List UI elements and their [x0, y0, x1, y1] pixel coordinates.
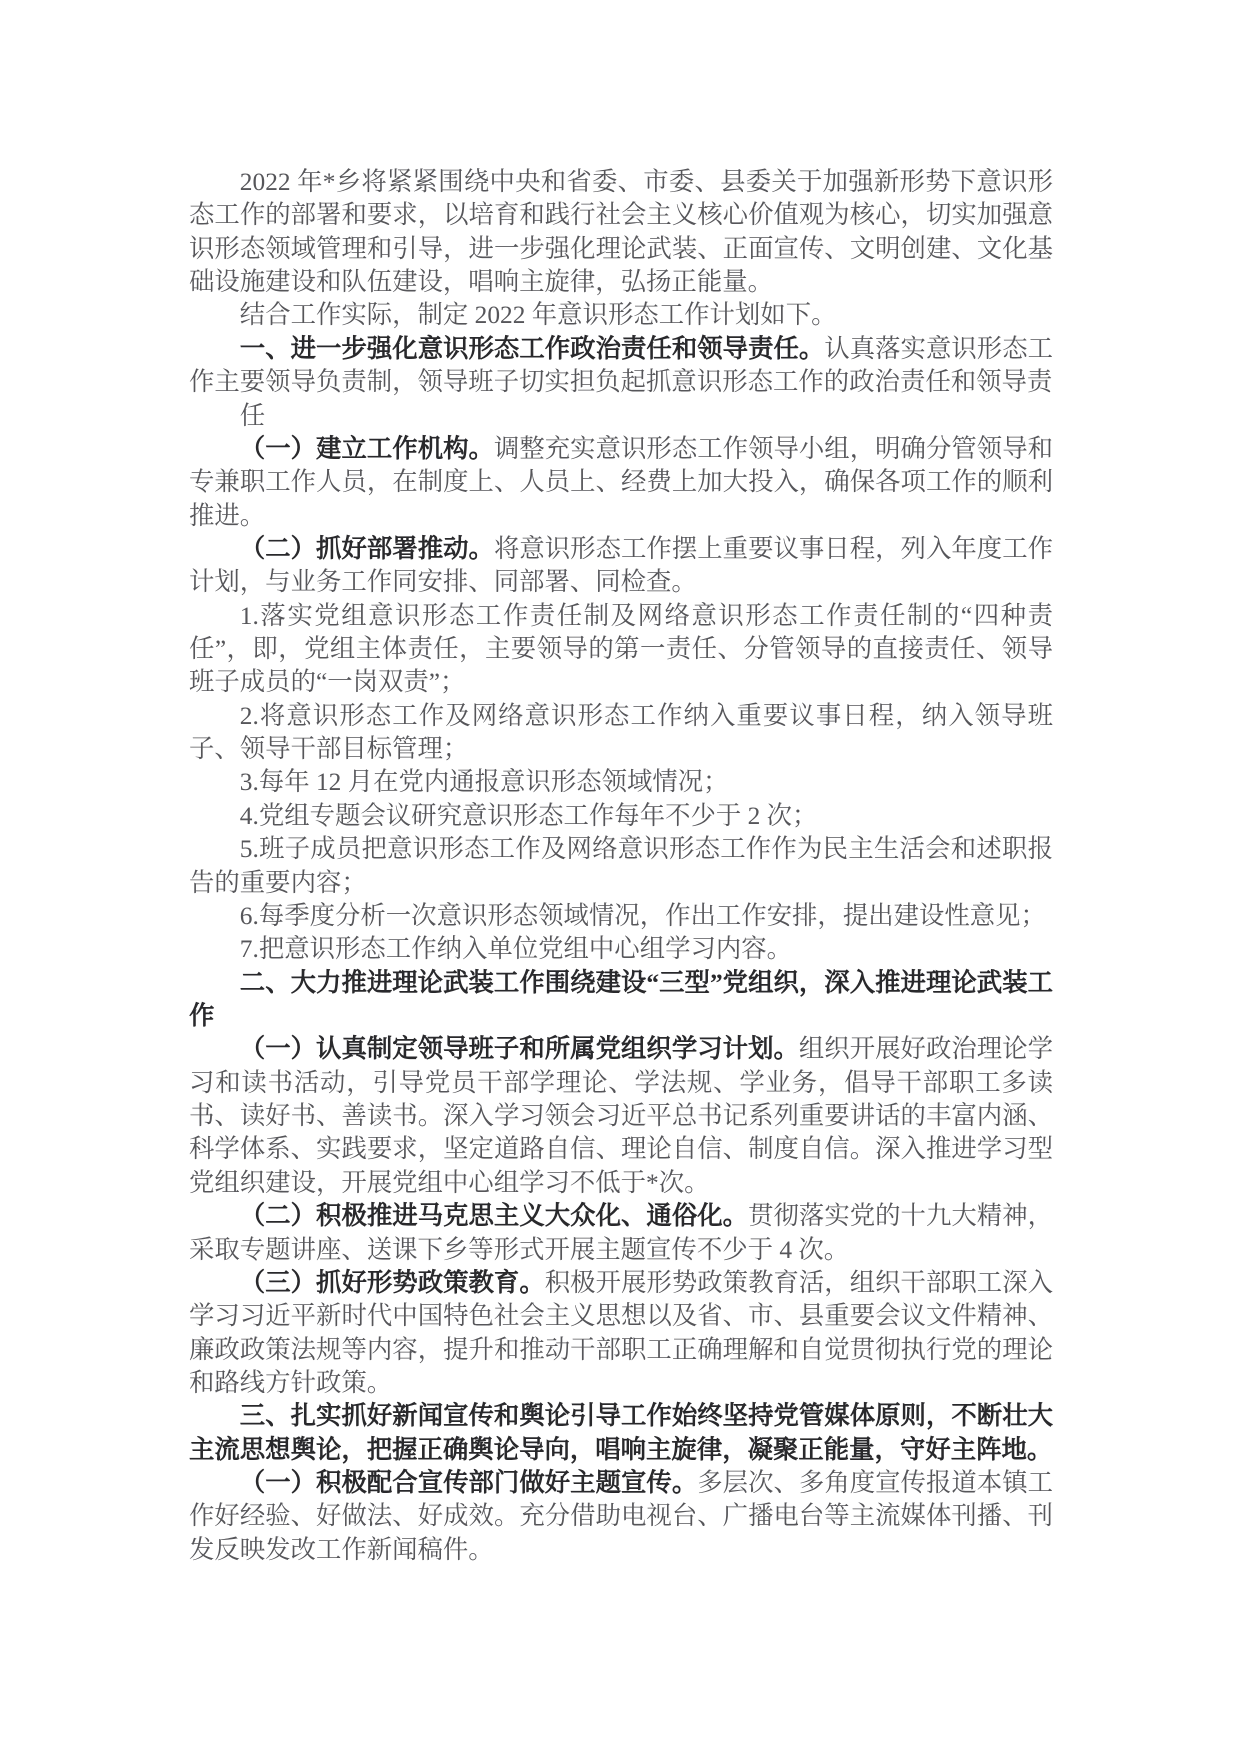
paragraph: 二、大力推进理论武装工作围绕建设“三型”党组织，深入推进理论武装工作 [189, 967, 1053, 1034]
paragraph: 6.每季度分析一次意识形态领域情况，作出工作安排，提出建设性意见； [189, 900, 1053, 933]
bold-run: （一）积极配合宣传部门做好主题宣传。 [240, 1469, 697, 1497]
paragraph: （一）认真制定领导班子和所属党组织学习计划。组织开展好政治理论学习和读书活动，引… [189, 1033, 1053, 1200]
paragraph: 任 [189, 400, 1053, 433]
text-run: 2.将意识形态工作及网络意识形态工作纳入重要议事日程，纳入领导班子、领导干部目标… [189, 702, 1053, 763]
paragraph: 一、进一步强化意识形态工作政治责任和领导责任。认真落实意识形态工作主要领导负责制… [189, 333, 1053, 400]
text-run: 5.班子成员把意识形态工作及网络意识形态工作作为民主生活会和述职报告的重要内容； [189, 835, 1053, 896]
text-run: 任 [240, 402, 265, 430]
paragraph: 3.每年 12 月在党内通报意识形态领域情况； [189, 766, 1053, 799]
paragraph: 1.落实党组意识形态工作责任制及网络意识形态工作责任制的“四种责任”，即，党组主… [189, 600, 1053, 700]
text-run: 2022 年*乡将紧紧围绕中央和省委、市委、县委关于加强新形势下意识形态工作的部… [189, 168, 1053, 296]
paragraph: 三、扎实抓好新闻宣传和舆论引导工作始终坚持党管媒体原则，不断壮大主流思想舆论，把… [189, 1400, 1053, 1467]
bold-run: （二）积极推进马克思主义大众化、通俗化。 [240, 1202, 748, 1230]
document-page: 2022 年*乡将紧紧围绕中央和省委、市委、县委关于加强新形势下意识形态工作的部… [0, 0, 1240, 1754]
paragraph: （三）抓好形势政策教育。积极开展形势政策教育活，组织干部职工深入学习习近平新时代… [189, 1267, 1053, 1400]
paragraph: 2022 年*乡将紧紧围绕中央和省委、市委、县委关于加强新形势下意识形态工作的部… [189, 166, 1053, 299]
paragraph: 4.党组专题会议研究意识形态工作每年不少于 2 次； [189, 800, 1053, 833]
bold-run: 二、大力推进理论武装工作围绕建设“三型”党组织，深入推进理论武装工作 [189, 969, 1053, 1030]
paragraph: 7.把意识形态工作纳入单位党组中心组学习内容。 [189, 933, 1053, 966]
text-run: 3.每年 12 月在党内通报意识形态领域情况； [240, 768, 729, 796]
bold-run: （二）抓好部署推动。 [240, 535, 494, 563]
bold-run: （一）建立工作机构。 [240, 435, 494, 463]
paragraph: （二）抓好部署推动。将意识形态工作摆上重要议事日程，列入年度工作计划，与业务工作… [189, 533, 1053, 600]
bold-run: （三）抓好形势政策教育。 [240, 1269, 545, 1297]
text-run: 4.党组专题会议研究意识形态工作每年不少于 2 次； [240, 802, 818, 830]
document-content: 2022 年*乡将紧紧围绕中央和省委、市委、县委关于加强新形势下意识形态工作的部… [189, 166, 1053, 1567]
bold-run: 三、扎实抓好新闻宣传和舆论引导工作始终坚持党管媒体原则，不断壮大主流思想舆论，把… [189, 1402, 1053, 1463]
bold-run: 一、进一步强化意识形态工作政治责任和领导责任。 [240, 335, 825, 363]
paragraph: 2.将意识形态工作及网络意识形态工作纳入重要议事日程，纳入领导班子、领导干部目标… [189, 700, 1053, 767]
text-run: 结合工作实际，制定 2022 年意识形态工作计划如下。 [240, 301, 837, 329]
text-run: 6.每季度分析一次意识形态领域情况，作出工作安排，提出建设性意见； [240, 902, 1046, 930]
bold-run: （一）认真制定领导班子和所属党组织学习计划。 [240, 1035, 799, 1063]
paragraph: （一）积极配合宣传部门做好主题宣传。多层次、多角度宣传报道本镇工作好经验、好做法… [189, 1467, 1053, 1567]
paragraph: （一）建立工作机构。调整充实意识形态工作领导小组，明确分管领导和专兼职工作人员，… [189, 433, 1053, 533]
paragraph: （二）积极推进马克思主义大众化、通俗化。贯彻落实党的十九大精神，采取专题讲座、送… [189, 1200, 1053, 1267]
paragraph: 5.班子成员把意识形态工作及网络意识形态工作作为民主生活会和述职报告的重要内容； [189, 833, 1053, 900]
text-run: 7.把意识形态工作纳入单位党组中心组学习内容。 [240, 935, 792, 963]
paragraph: 结合工作实际，制定 2022 年意识形态工作计划如下。 [189, 299, 1053, 332]
text-run: 1.落实党组意识形态工作责任制及网络意识形态工作责任制的“四种责任”，即，党组主… [189, 602, 1053, 697]
